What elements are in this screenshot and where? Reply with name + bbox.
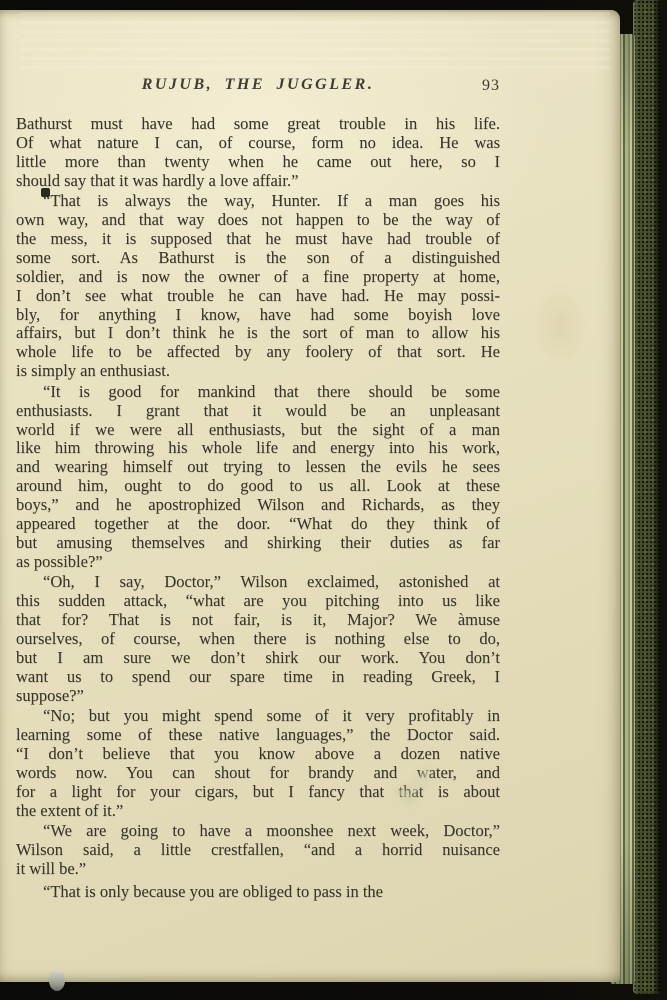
text-line: soldier, and is now the owner of a fine … [16, 268, 500, 287]
text-line: some sort. As Bathurst is the son of a d… [16, 249, 500, 268]
page-number: 93 [482, 77, 500, 95]
foxing-stain [530, 280, 590, 370]
text-line: Of what nature I can, of course, form no… [16, 134, 500, 153]
text-line: ourselves, of course, when there is noth… [16, 630, 500, 649]
paragraph: “We are going to have a moonshee next we… [16, 822, 500, 879]
text-line: boys,” and he apostrophized Wilson and R… [16, 496, 500, 515]
text-line: words now. You can shout for brandy and … [16, 764, 500, 783]
text-line: whole life to be affected by any foolery… [16, 343, 500, 362]
text-line: that for? That is not fair, is it, Major… [16, 611, 500, 630]
text-line: should say that it was hardly a love aff… [16, 172, 500, 191]
text-line: “We are going to have a moonshee next we… [16, 822, 500, 841]
text-line: the extent of it.” [16, 802, 500, 821]
scanned-book-photo: RUJUB, THE JUGGLER. 93 Bathurst must hav… [0, 0, 667, 1000]
text-line: for a light for your cigars, but I fancy… [16, 783, 500, 802]
text-line: want us to spend our spare time in readi… [16, 668, 500, 687]
text-line: Wilson said, a little crestfallen, “and … [16, 841, 500, 860]
paragraph: “That is only because you are obliged to… [16, 883, 500, 902]
text-line: is simply an enthusiast. [16, 362, 500, 381]
text-line: and wearing himself out trying to lessen… [16, 458, 500, 477]
text-line: the mess, it is supposed that he must ha… [16, 230, 500, 249]
text-line: like him throwing his whole life and ene… [16, 439, 500, 458]
book-cover-edge [633, 0, 660, 994]
paragraph: “That is always the way, Hunter. If a ma… [16, 192, 500, 381]
paragraph: “It is good for mankind that there shoul… [16, 383, 500, 572]
text-line: learning some of these native languages,… [16, 726, 500, 745]
text-line: but I am sure we don’t shirk our work. Y… [16, 649, 500, 668]
text-line: affairs, but I don’t think he is the sor… [16, 324, 500, 343]
text-line: little more than twenty when he came out… [16, 153, 500, 172]
paragraph: “No; but you might spend some of it very… [16, 707, 500, 820]
text-line: “It is good for mankind that there shoul… [16, 383, 500, 402]
text-line: suppose?” [16, 687, 500, 706]
text-line: bly, for anything I know, have had some … [16, 306, 500, 325]
text-line: but amusing themselves and shirking thei… [16, 534, 500, 553]
paragraph: “Oh, I say, Doctor,” Wilson exclaimed, a… [16, 573, 500, 705]
ink-blot [41, 188, 50, 197]
running-header: RUJUB, THE JUGGLER. 93 [16, 76, 500, 98]
text-line: “I don’t believe that you know above a d… [16, 745, 500, 764]
text-line: this sudden attack, “what are you pitchi… [16, 592, 500, 611]
text-line: Bathurst must have had some great troubl… [16, 115, 500, 134]
paragraph: Bathurst must have had some great troubl… [16, 115, 500, 191]
text-line: it will be.” [16, 860, 500, 879]
page-text: Bathurst must have had some great troubl… [16, 115, 500, 903]
text-line: “That is always the way, Hunter. If a ma… [16, 192, 500, 211]
text-line: “No; but you might spend some of it very… [16, 707, 500, 726]
text-line: “That is only because you are obliged to… [16, 883, 500, 902]
text-line: as possible?” [16, 553, 500, 572]
text-line: enthusiasts. I grant that it would be an… [16, 402, 500, 421]
text-line: own way, and that way does not happen to… [16, 211, 500, 230]
page-holder-clip [49, 970, 65, 991]
running-title: RUJUB, THE JUGGLER. [16, 76, 500, 94]
text-line: appeared together at the door. “What do … [16, 515, 500, 534]
book-page: RUJUB, THE JUGGLER. 93 Bathurst must hav… [0, 10, 620, 982]
text-line: I don’t see what trouble he can have had… [16, 287, 500, 306]
text-line: “Oh, I say, Doctor,” Wilson exclaimed, a… [16, 573, 500, 592]
text-line: around him, ought to do good to us all. … [16, 477, 500, 496]
text-line: world if we were all enthusiasts, but th… [16, 421, 500, 440]
